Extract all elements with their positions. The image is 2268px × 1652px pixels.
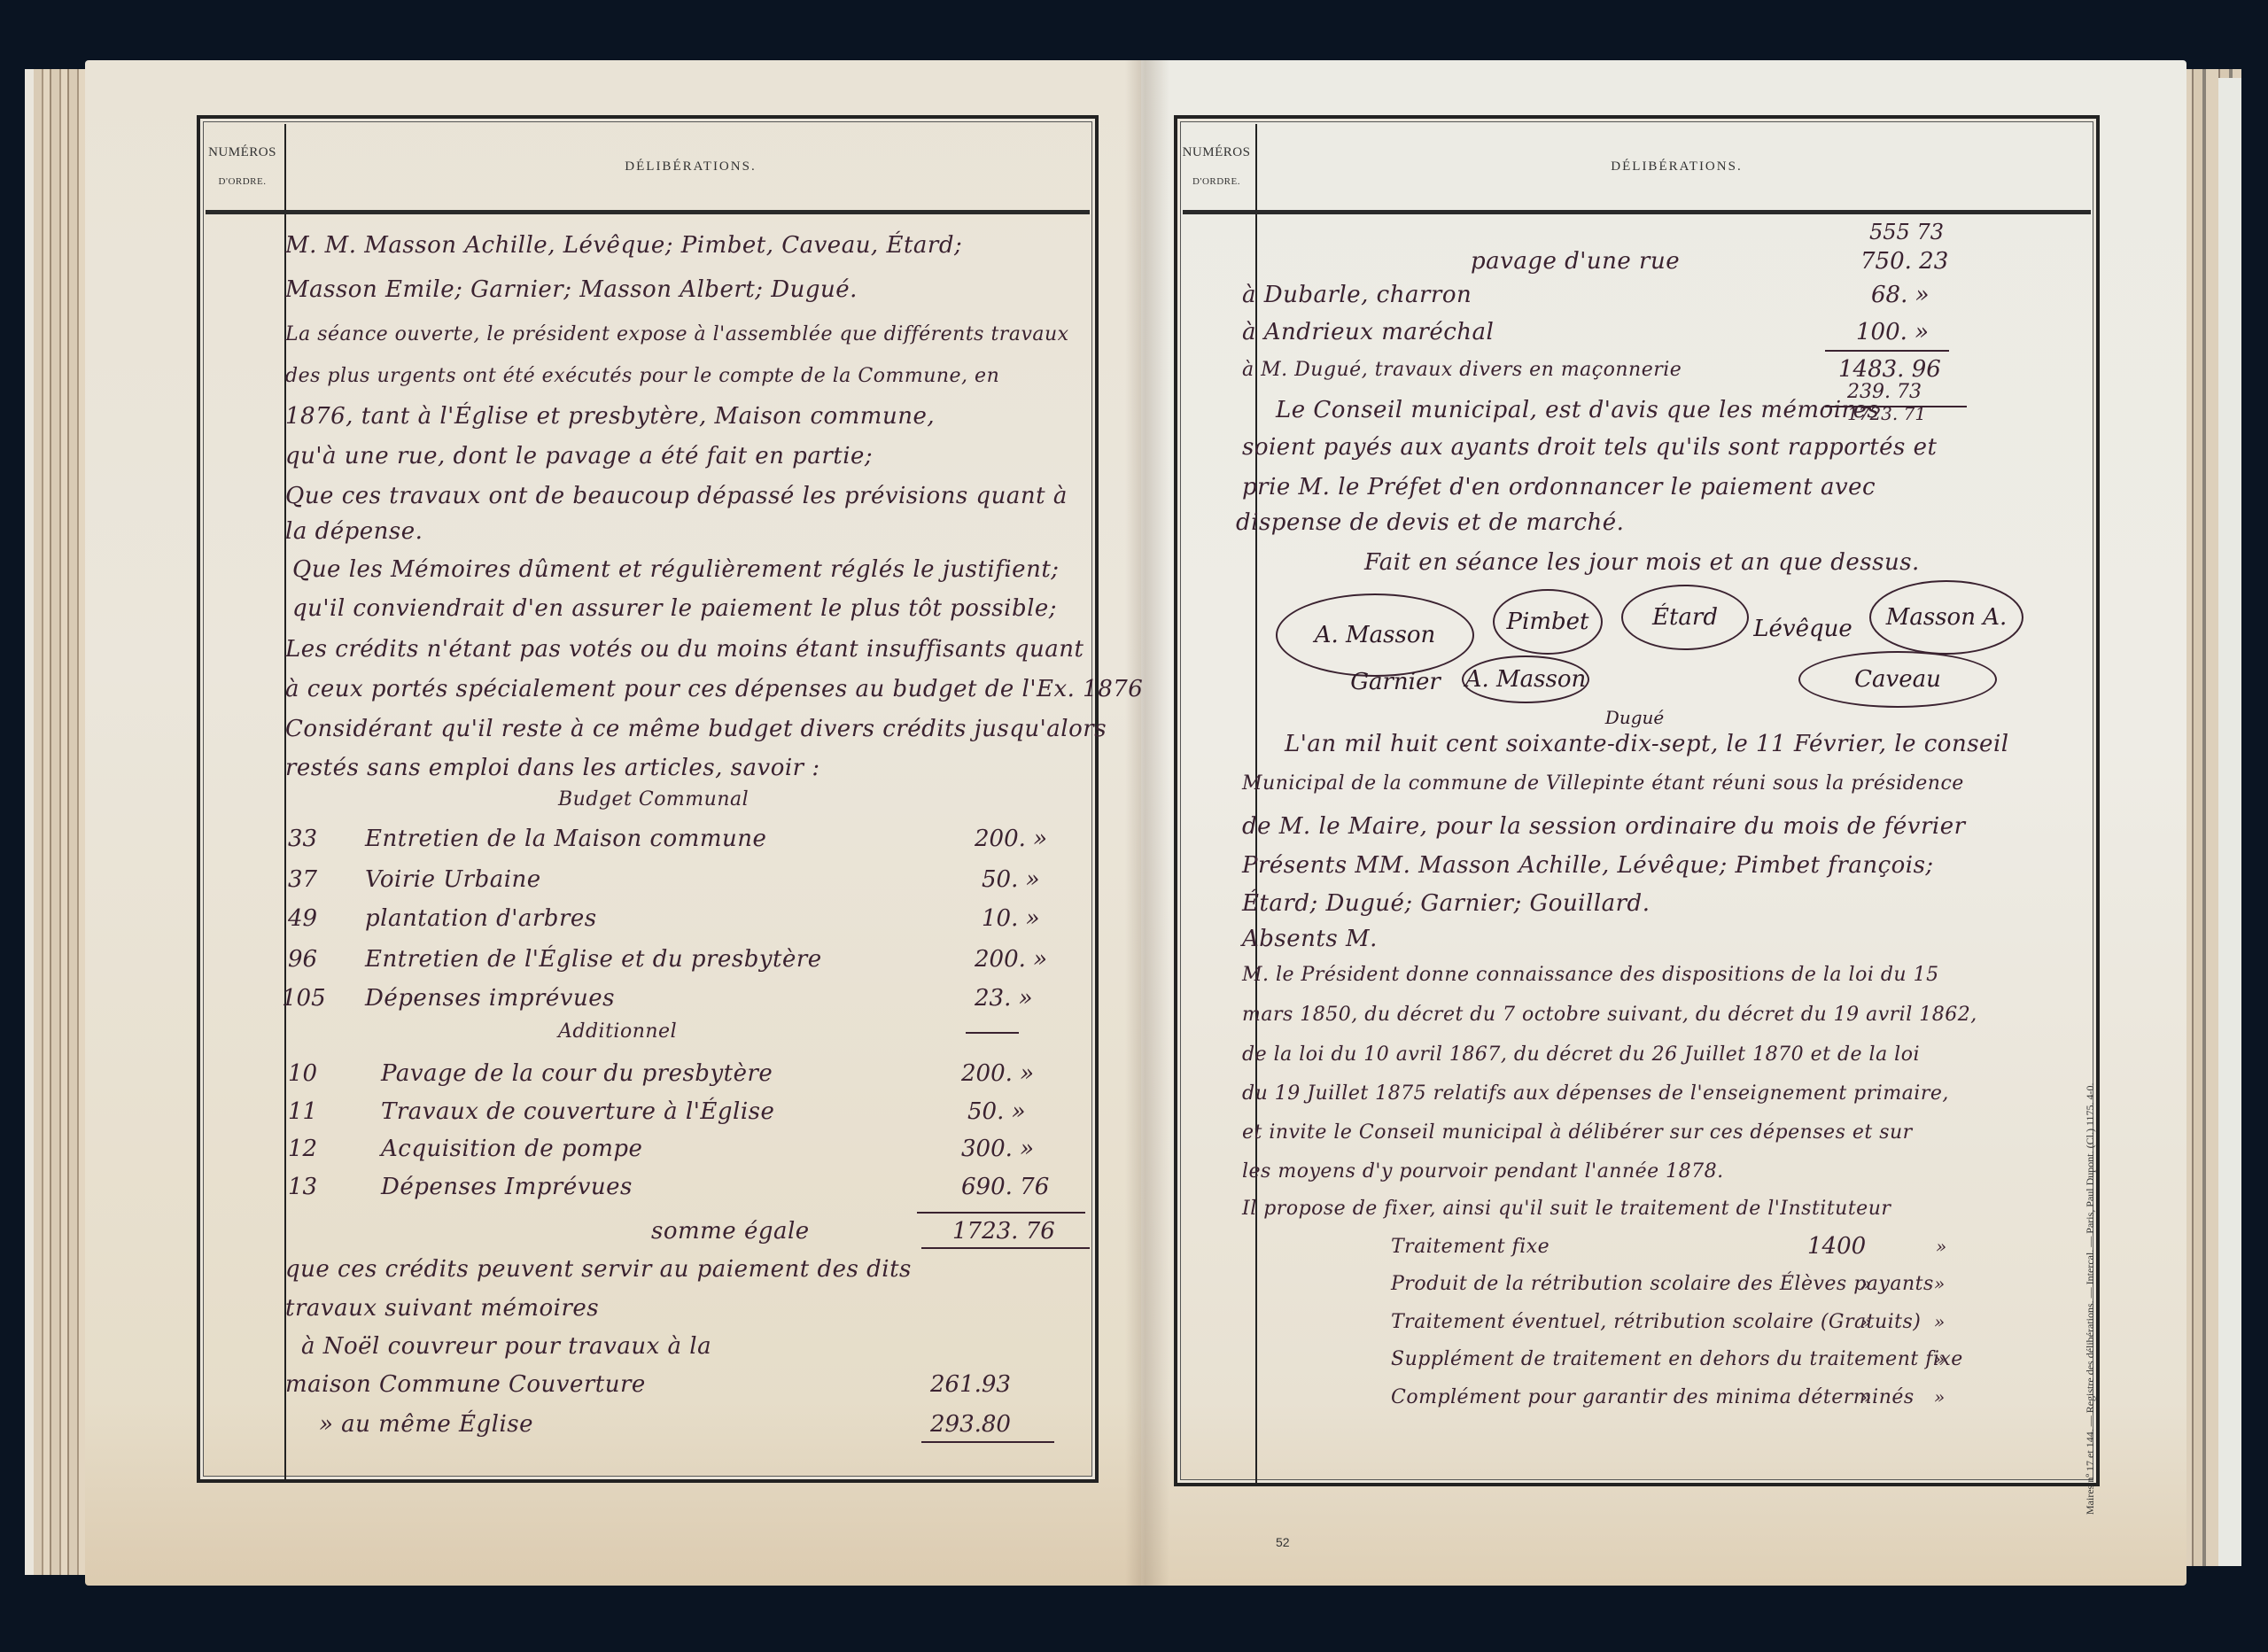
traitement-amount: » xyxy=(1860,1386,1871,1408)
handwritten-line: Masson Emile; Garnier; Masson Albert; Du… xyxy=(285,276,858,303)
handwritten-line: maison Commune Couverture xyxy=(285,1371,646,1398)
traitement-label: Produit de la rétribution scolaire des É… xyxy=(1391,1273,1934,1295)
item-amount: 750. 23 xyxy=(1860,248,1948,275)
right-page-edges xyxy=(2179,69,2241,1566)
article-number: 10 xyxy=(288,1060,317,1087)
article-label: Entretien de l'Église et du presbytère xyxy=(365,946,822,973)
handwritten-line: et invite le Conseil municipal à délibér… xyxy=(1242,1121,1913,1144)
article-label: Dépenses Imprévues xyxy=(381,1174,633,1200)
somme-total: 1723. 76 xyxy=(952,1218,1055,1245)
traitement-unit: » xyxy=(1934,1348,1945,1369)
handwritten-line: du 19 Juillet 1875 relatifs aux dépenses… xyxy=(1242,1082,1949,1105)
open-register-book: NUMÉROS D'ORDRE. DÉLIBÉRATIONS. NUMÉROS … xyxy=(0,0,2268,1652)
item-label: à M. Dugué, travaux divers en maçonnerie xyxy=(1242,359,1682,381)
handwritten-line: restés sans emploi dans les articles, sa… xyxy=(285,755,820,781)
handwritten-line: Présents MM. Masson Achille, Lévêque; Pi… xyxy=(1242,852,1934,879)
article-number: 33 xyxy=(288,826,317,852)
numeros-label: NUMÉROS xyxy=(1177,145,1255,160)
traitement-amount: » xyxy=(1860,1273,1871,1294)
handwritten-line: la dépense. xyxy=(285,518,423,545)
article-number: 13 xyxy=(288,1174,317,1200)
article-label: Acquisition de pompe xyxy=(381,1136,642,1162)
traitement-unit: » xyxy=(1934,1386,1945,1408)
dordre-label: D'ORDRE. xyxy=(1177,176,1255,187)
sum-rule xyxy=(921,1247,1090,1249)
signature: Garnier xyxy=(1347,660,1444,704)
article-amount: 200. » xyxy=(975,946,1047,973)
handwritten-line: M. M. Masson Achille, Lévêque; Pimbet, C… xyxy=(285,232,962,259)
handwritten-line: Les crédits n'étant pas votés ou du moin… xyxy=(285,636,1084,663)
handwritten-line: de M. le Maire, pour la session ordinair… xyxy=(1242,813,1966,840)
article-amount: 300. » xyxy=(961,1136,1034,1162)
dash-rule xyxy=(966,1032,1019,1034)
handwritten-line: que ces crédits peuvent servir au paieme… xyxy=(285,1256,912,1283)
printer-imprint: Maires nº 17 et 144. — Registre des déli… xyxy=(2084,1082,2097,1515)
handwritten-line: qu'il conviendrait d'en assurer le paiem… xyxy=(292,595,1057,622)
article-label: Voirie Urbaine xyxy=(365,866,541,893)
traitement-amount: » xyxy=(1860,1311,1871,1332)
article-amount: 50. » xyxy=(982,866,1040,893)
item-label: pavage d'une rue xyxy=(1471,248,1680,275)
handwritten-line: à ceux portés spécialement pour ces dépe… xyxy=(285,676,1143,702)
article-label: Entretien de la Maison commune xyxy=(365,826,766,852)
handwritten-line: Que ces travaux ont de beaucoup dépassé … xyxy=(285,483,1068,509)
traitement-unit: » xyxy=(1934,1273,1945,1294)
numeros-label: NUMÉROS xyxy=(200,145,284,160)
handwritten-line: dispense de devis et de marché. xyxy=(1236,509,1624,536)
traitement-unit: » xyxy=(1936,1236,1946,1257)
dordre-label: D'ORDRE. xyxy=(200,176,284,187)
article-label: Dépenses imprévues xyxy=(365,985,615,1012)
article-number: 49 xyxy=(288,905,317,932)
traitement-label: Complément pour garantir des minima déte… xyxy=(1391,1386,1915,1408)
handwritten-line: mars 1850, du décret du 7 octobre suivan… xyxy=(1242,1004,1977,1026)
deliberations-header: DÉLIBÉRATIONS. xyxy=(1257,159,2096,175)
handwritten-line: à Noël couvreur pour travaux à la xyxy=(301,1333,711,1360)
item-amount: 100. » xyxy=(1856,319,1929,345)
handwritten-line: de la loi du 10 avril 1867, du décret du… xyxy=(1242,1043,1920,1066)
article-amount: 200. » xyxy=(975,826,1047,852)
header-rule xyxy=(206,210,1090,214)
handwritten-line: 1876, tant à l'Église et presbytère, Mai… xyxy=(285,403,935,430)
handwritten-line: qu'à une rue, dont le pavage a été fait … xyxy=(285,443,873,469)
traitement-label: Traitement éventuel, rétribution scolair… xyxy=(1391,1311,1921,1333)
handwritten-line: Absents M. xyxy=(1242,926,1378,952)
article-amount: 10. » xyxy=(982,905,1040,932)
signature: Caveau xyxy=(1798,651,1997,708)
item-label: à Dubarle, charron xyxy=(1242,282,1472,308)
article-label: plantation d'arbres xyxy=(365,905,597,932)
sum-rule xyxy=(921,1441,1054,1443)
handwritten-line: Que les Mémoires dûment et régulièrement… xyxy=(292,556,1060,583)
fait-en-seance: Fait en séance les jour mois et an que d… xyxy=(1364,549,1920,576)
traitement-label: Traitement fixe xyxy=(1391,1236,1550,1258)
article-label: Pavage de la cour du presbytère xyxy=(381,1060,773,1087)
handwritten-line: des plus urgents ont été exécutés pour l… xyxy=(285,365,999,387)
article-label: Travaux de couverture à l'Église xyxy=(381,1098,774,1125)
handwritten-line: L'an mil huit cent soixante-dix-sept, le… xyxy=(1285,731,2009,757)
traitement-amount: 1400 xyxy=(1807,1233,1866,1260)
handwritten-line: Municipal de la commune de Villepinte ét… xyxy=(1242,772,1964,795)
page-number: 52 xyxy=(1276,1535,1290,1549)
signature: Lévêque xyxy=(1750,602,1856,655)
item-amount: 68. » xyxy=(1871,282,1930,308)
signature: A. Masson xyxy=(1462,655,1589,703)
handwritten-line: soient payés aux ayants droit tels qu'il… xyxy=(1242,434,1937,461)
book-gutter xyxy=(1125,60,1169,1586)
article-amount: 23. » xyxy=(975,985,1033,1012)
article-amount: 50. » xyxy=(967,1098,1026,1125)
sum-rule xyxy=(1825,350,1949,352)
deliberations-header: DÉLIBÉRATIONS. xyxy=(286,159,1095,175)
item-label: à Andrieux maréchal xyxy=(1242,319,1494,345)
handwritten-line: Il propose de fixer, ainsi qu'il suit le… xyxy=(1242,1198,1891,1220)
article-number: 37 xyxy=(288,866,317,893)
handwritten-line: les moyens d'y pourvoir pendant l'année … xyxy=(1242,1160,1724,1183)
carry-total: 555 73 xyxy=(1869,220,1944,244)
somme-egale-label: somme égale xyxy=(651,1218,810,1245)
signature: Dugué xyxy=(1586,700,1683,735)
article-amount: 690. 76 xyxy=(961,1174,1049,1200)
handwritten-line: prie M. le Préfet d'en ordonnancer le pa… xyxy=(1242,474,1876,500)
budget-communal-heading: Budget Communal xyxy=(558,788,749,810)
article-amount: 200. » xyxy=(961,1060,1034,1087)
signature: Pimbet xyxy=(1493,589,1603,655)
noel-amount: 261.93 xyxy=(930,1371,1011,1398)
signature: Masson A. xyxy=(1869,580,2023,655)
noel-amount: 293.80 xyxy=(930,1411,1011,1438)
article-number: 11 xyxy=(288,1098,317,1125)
article-number: 96 xyxy=(288,946,317,973)
traitement-label: Supplément de traitement en dehors du tr… xyxy=(1391,1348,1963,1370)
handwritten-line: Considérant qu'il reste à ce même budget… xyxy=(285,716,1107,742)
article-number: 12 xyxy=(288,1136,317,1162)
numeros-dordre-header: NUMÉROS D'ORDRE. xyxy=(200,145,284,187)
handwritten-line: » au même Église xyxy=(319,1411,533,1438)
sum-rule xyxy=(917,1212,1085,1214)
traitement-unit: » xyxy=(1934,1311,1945,1332)
handwritten-line: Le Conseil municipal, est d'avis que les… xyxy=(1276,397,1879,423)
handwritten-line: Étard; Dugué; Garnier; Gouillard. xyxy=(1242,890,1650,917)
signature: Étard xyxy=(1621,585,1749,650)
handwritten-line: M. le Président donne connaissance des d… xyxy=(1242,964,1939,986)
handwritten-line: La séance ouverte, le président expose à… xyxy=(285,323,1069,345)
handwritten-line: travaux suivant mémoires xyxy=(285,1295,599,1322)
header-rule xyxy=(1183,210,2091,214)
numeros-dordre-header: NUMÉROS D'ORDRE. xyxy=(1177,145,1255,187)
item-amount: 1483. 96 xyxy=(1838,356,1941,383)
additionnel-heading: Additionnel xyxy=(558,1020,677,1043)
article-number: 105 xyxy=(282,985,326,1012)
